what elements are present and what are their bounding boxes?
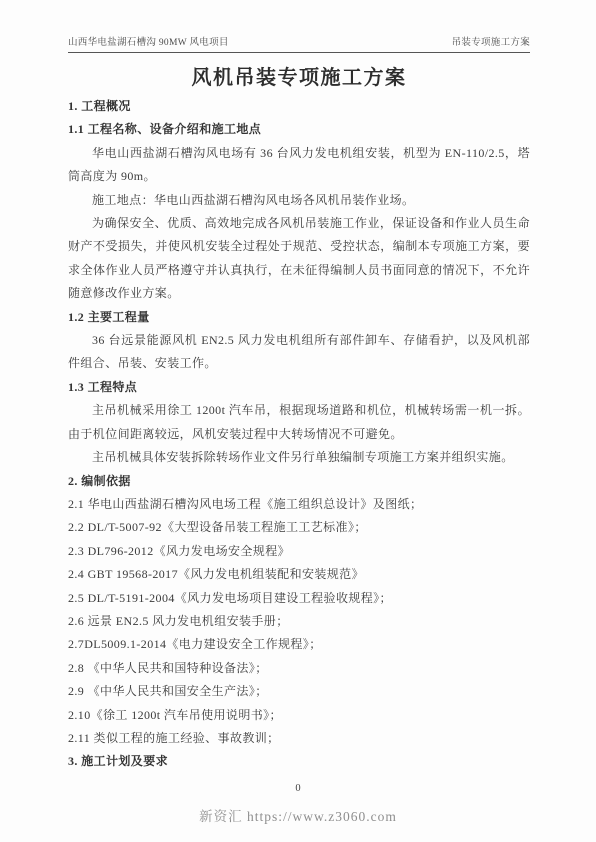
paragraph: 36 台远景能源风机 EN2.5 风力发电机组所有部件卸车、存储看护，以及风机部… bbox=[68, 329, 530, 376]
paragraph: 主吊机械采用徐工 1200t 汽车吊，根据现场道路和机位，机械转场需一机一拆。由… bbox=[68, 399, 530, 446]
section-heading-2: 2. 编制依据 bbox=[68, 470, 530, 493]
section-heading-1-2: 1.2 主要工程量 bbox=[68, 306, 530, 329]
reference-item: 2.11 类似工程的施工经验、事故教训； bbox=[68, 727, 530, 750]
page-header: 山西华电盐湖石槽沟 90MW 风电项目 吊装专项施工方案 bbox=[68, 34, 530, 53]
section-heading-1-1: 1.1 工程名称、设备介绍和施工地点 bbox=[68, 118, 530, 141]
reference-item: 2.2 DL/T-5007-92《大型设备吊装工程施工工艺标准》； bbox=[68, 516, 530, 539]
paragraph: 施工地点：华电山西盐湖石槽沟风电场各风机吊装作业场。 bbox=[68, 189, 530, 212]
document-page: 山西华电盐湖石槽沟 90MW 风电项目 吊装专项施工方案 风机吊装专项施工方案 … bbox=[0, 0, 596, 842]
section-heading-3: 3. 施工计划及要求 bbox=[68, 750, 530, 773]
reference-item: 2.6 远景 EN2.5 风力发电机组安装手册； bbox=[68, 610, 530, 633]
reference-item: 2.7DL5009.1-2014《电力建设安全工作规程》； bbox=[68, 633, 530, 656]
reference-item: 2.4 GBT 19568-2017《风力发电机组装配和安装规范》 bbox=[68, 563, 530, 586]
section-heading-1-3: 1.3 工程特点 bbox=[68, 376, 530, 399]
document-title: 风机吊装专项施工方案 bbox=[68, 61, 530, 90]
reference-item: 2.10《徐工 1200t 汽车吊使用说明书》； bbox=[68, 704, 530, 727]
document-body: 1. 工程概况 1.1 工程名称、设备介绍和施工地点 华电山西盐湖石槽沟风电场有… bbox=[68, 95, 530, 774]
section-heading-1: 1. 工程概况 bbox=[68, 95, 530, 118]
reference-item: 2.3 DL796-2012《风力发电场安全规程》 bbox=[68, 540, 530, 563]
watermark-text: 新资汇 https://www.z3060.com bbox=[0, 805, 596, 825]
paragraph: 主吊机械具体安装拆除转场作业文件另行单独编制专项施工方案并组织实施。 bbox=[68, 446, 530, 469]
reference-item: 2.1 华电山西盐湖石槽沟风电场工程《施工组织总设计》及图纸； bbox=[68, 493, 530, 516]
paragraph: 华电山西盐湖石槽沟风电场有 36 台风力发电机组安装，机型为 EN-110/2.… bbox=[68, 142, 530, 189]
reference-item: 2.8 《中华人民共和国特种设备法》； bbox=[68, 657, 530, 680]
reference-item: 2.9 《中华人民共和国安全生产法》； bbox=[68, 680, 530, 703]
header-project-name: 山西华电盐湖石槽沟 90MW 风电项目 bbox=[68, 34, 229, 48]
paragraph: 为确保安全、优质、高效地完成各风机吊装施工作业，保证设备和作业人员生命财产不受损… bbox=[68, 212, 530, 306]
reference-item: 2.5 DL/T-5191-2004《风力发电场项目建设工程验收规程》； bbox=[68, 587, 530, 610]
header-doc-type: 吊装专项施工方案 bbox=[452, 34, 530, 48]
page-number: 0 bbox=[0, 783, 596, 794]
